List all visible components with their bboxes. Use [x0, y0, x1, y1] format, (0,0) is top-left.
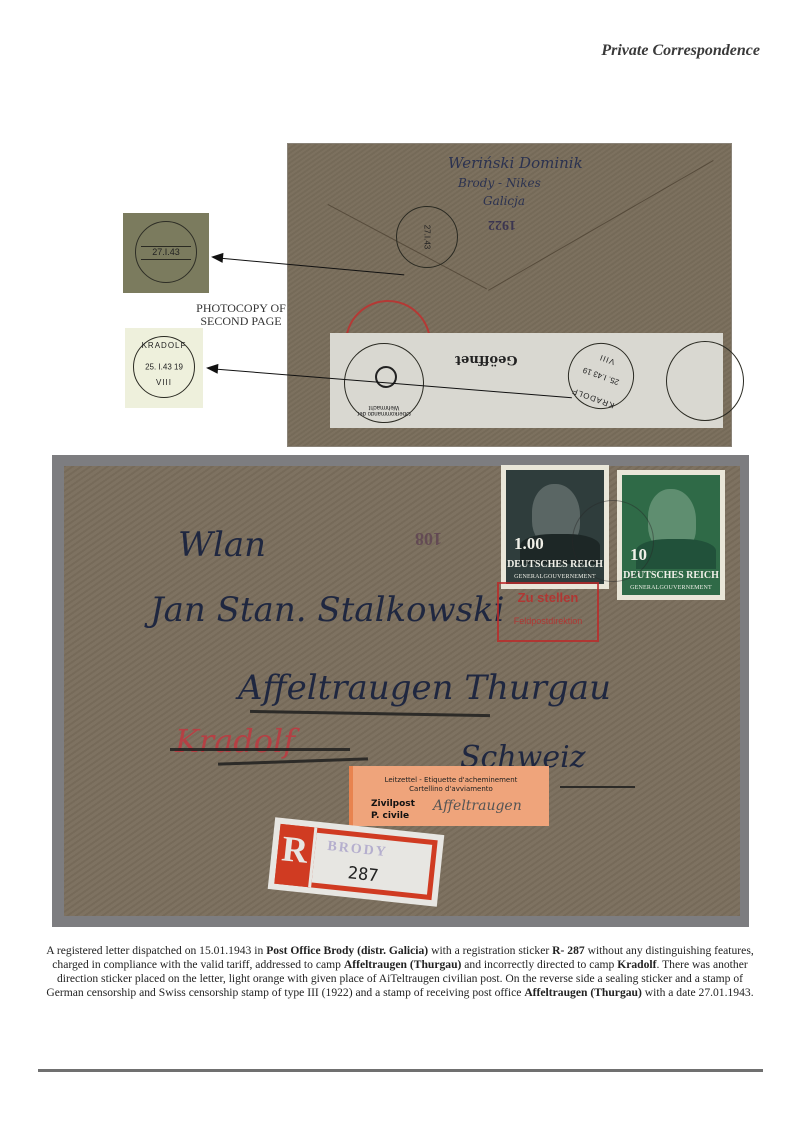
address-place: Affeltraugen Thurgau	[238, 668, 611, 708]
zustellen-box-stamp: Zu stellen Feldpostdirektion	[497, 582, 599, 642]
footer-divider	[38, 1069, 763, 1072]
zustellen-line2: Feldpostdirektion	[499, 616, 597, 626]
caption-segment: Affeltraugen (Thurgau)	[524, 986, 642, 999]
caption-segment: A registered letter dispatched on 15.01.…	[46, 944, 266, 957]
registration-number: 287	[347, 863, 380, 886]
address-salutation: Wlan	[178, 525, 266, 565]
stamp-value: 1.00	[514, 534, 544, 554]
page-header-title: Private Correspondence	[601, 42, 760, 60]
sender-region: Galicja	[483, 194, 525, 208]
sender-name: Weriński Dominik	[448, 154, 583, 172]
postmark-sub: VIII	[134, 378, 194, 387]
sticker-label-pcivile: P. civile	[371, 811, 409, 821]
sender-town: Brody - Nikes	[458, 176, 541, 190]
photocopy-label: PHOTOCOPY OF SECOND PAGE	[186, 302, 296, 328]
number-stamp: 108	[415, 528, 442, 549]
underline	[560, 786, 635, 788]
sticker-label-zivilpost: Zivilpost	[371, 799, 415, 809]
sticker-handwritten-place: Affeltraugen	[433, 798, 522, 814]
zustellen-line1: Zu stellen	[499, 590, 597, 605]
thumbnail-affeltraugen-postmark: 27.I.43	[123, 213, 209, 293]
registration-letter: R	[280, 828, 310, 870]
postmark-date: 27.I.43	[136, 247, 196, 257]
strikethrough-line	[170, 748, 350, 751]
caption-segment: Affeltraugen (Thurgau)	[344, 958, 462, 971]
receiving-postmark-date: 27.I.43	[423, 207, 432, 267]
postmark-place: KRADOLF	[134, 341, 194, 350]
number-stamp: 1922	[488, 216, 516, 232]
kradolf-postmark-icon: KRADOLF 25. I.43 19 VIII	[559, 334, 644, 419]
sealing-sticker: Oberkommando der Wehrmacht KRADOLF 25. I…	[330, 333, 723, 428]
seal-text: Geöffnet	[455, 352, 517, 367]
photocopy-label-line2: SECOND PAGE	[186, 315, 296, 328]
receiving-postmark-icon: 27.I.43	[396, 206, 458, 268]
thumbnail-kradolf-postmark: KRADOLF 25. I.43 19 VIII	[125, 328, 203, 408]
caption-segment: with a registration sticker	[428, 944, 552, 957]
caption-segment: with a date 27.01.1943.	[642, 986, 754, 999]
struck-destination: Kradolf	[175, 722, 295, 760]
wehrmacht-censor-circle-icon	[666, 341, 744, 421]
emblem-icon	[375, 366, 397, 388]
caption: A registered letter dispatched on 15.01.…	[40, 944, 760, 1000]
postmark-date: 25. I.43 19	[134, 363, 194, 372]
direction-sticker: Leitzettel - Etiquette d'acheminement Ca…	[349, 766, 549, 826]
censor-circle-text: Oberkommando der Wehrmacht	[345, 404, 423, 416]
caption-segment: Kradolf	[617, 958, 656, 971]
sticker-title: Leitzettel - Etiquette d'acheminement	[353, 776, 549, 784]
caption-segment: and incorrectly directed to camp	[461, 958, 617, 971]
sticker-subtitle: Cartellino d'avviamento	[353, 785, 549, 793]
stamp-region: GENERALGOUVERNEMENT	[622, 585, 720, 591]
cancellation-postmark-icon	[572, 500, 654, 582]
caption-segment: Post Office Brody (distr. Galicia)	[266, 944, 428, 957]
caption-segment: R- 287	[552, 944, 585, 957]
address-recipient: Jan Stan. Stalkowski	[150, 590, 505, 630]
postmark-icon: KRADOLF 25. I.43 19 VIII	[133, 336, 195, 398]
postmark-icon: 27.I.43	[135, 221, 197, 283]
